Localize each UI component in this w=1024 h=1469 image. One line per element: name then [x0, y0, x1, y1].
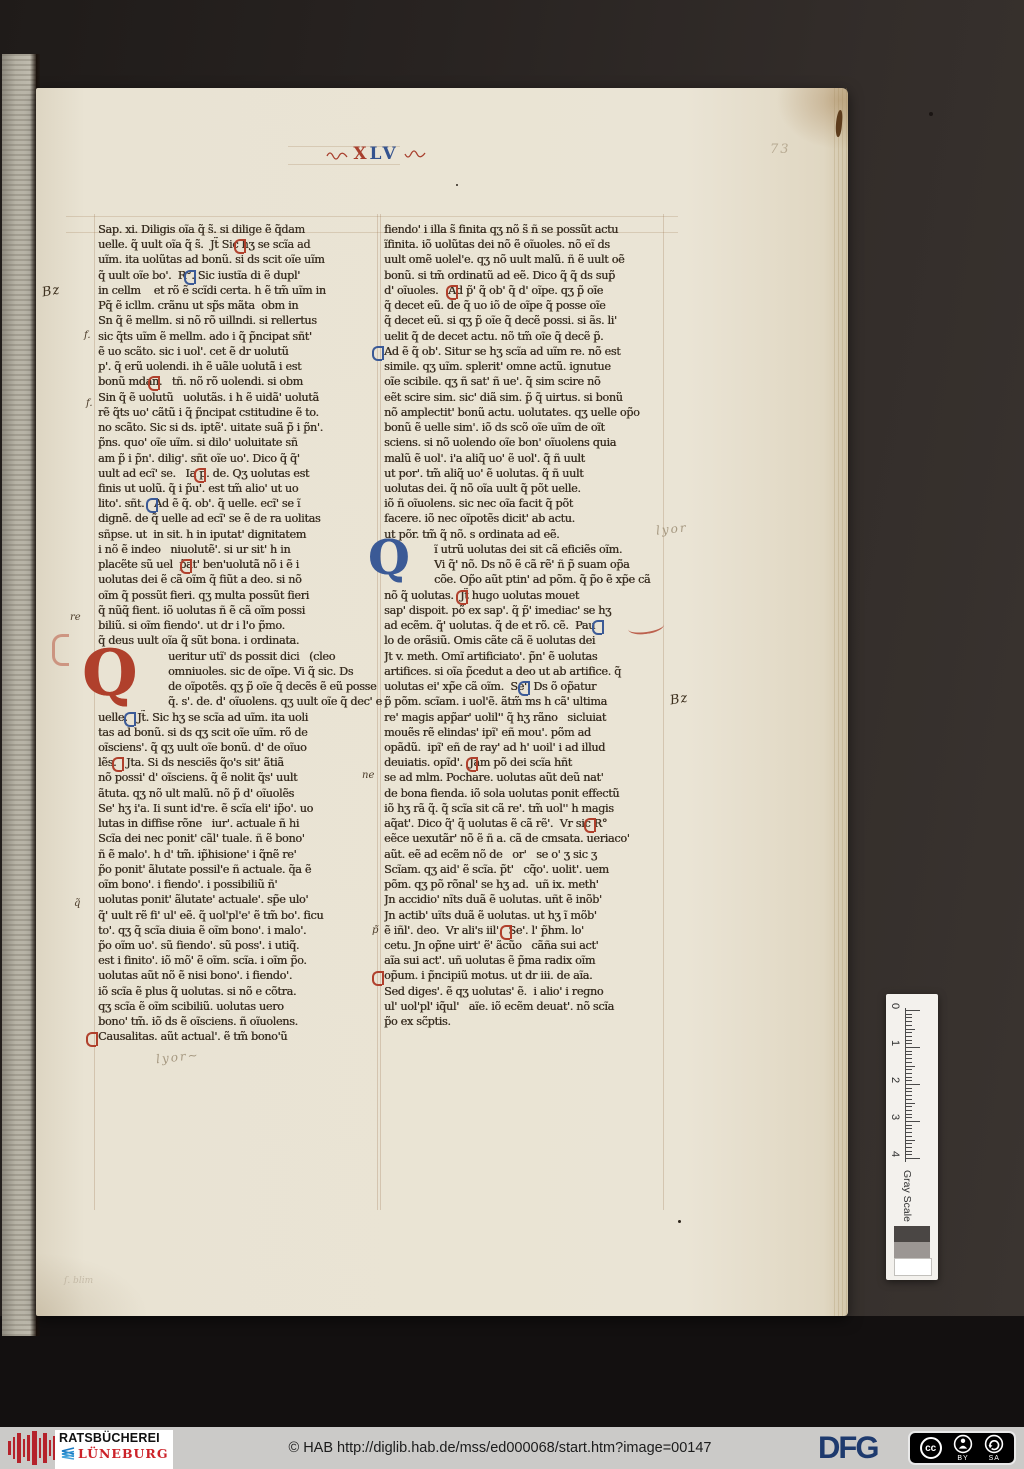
- marginal-note: lyor: [655, 520, 688, 537]
- pilcrow-mark-red: [194, 468, 204, 483]
- cc-license-badge: cc BY SA: [908, 1431, 1016, 1465]
- ruler-minor-tick: [905, 1136, 912, 1137]
- manuscript-text-line: iõ scĩa ẽ plus q̃ uolutas. si nõ e cõtra…: [98, 984, 382, 999]
- manuscript-text-line: eẽce uexutãr' nõ ẽ ñ a. cã de cmsata. ue…: [384, 831, 668, 846]
- manuscript-text-line: uolutas dei. q̃ nõ oĩa uult q̃ põt uelle…: [384, 481, 668, 496]
- manuscript-text-line: fiendo' i illa s̃ finita qʒ nõ s̃ ñ se p…: [384, 222, 668, 237]
- manuscript-text-line: est i finito'. iõ mõ' ẽ oĩm. scĩa. i oĩm…: [98, 953, 382, 968]
- manuscript-text-line: se ad mlm. Pochare. uolutas aũt deũ nat': [384, 770, 668, 785]
- manuscript-text-line: nõ possi' d' oĩsciens. q̃ ẽ nolit q̃s' u…: [98, 770, 382, 785]
- ruler-minor-tick: [905, 1080, 912, 1081]
- ruler-minor-tick: [905, 1128, 912, 1129]
- manuscript-text-line: ad ecẽm. q̃' uolutas. q̃ de et rõ. cẽ. P…: [384, 618, 668, 633]
- pilcrow-mark-red: [372, 971, 382, 986]
- manuscript-text-line: artifices. si oĩa p̃cedut a deo ut ab ar…: [384, 664, 668, 679]
- manuscript-text-line: q̃ decet eũ. de q̃ uo iõ de oĩpe q̃ poss…: [384, 298, 668, 313]
- grayscale-swatch: [894, 1258, 932, 1276]
- manuscript-text-line: ĩ utrũ uolutas dei sit cã eficiẽs oĩm.: [384, 542, 668, 557]
- manuscript-text-line: bonũ mdañ. tñ. nõ rõ uolendi. si obm: [98, 374, 382, 389]
- ink-speck: [678, 1220, 681, 1223]
- pilcrow-mark-red: [148, 376, 158, 391]
- ruler-minor-tick: [905, 1069, 912, 1070]
- ruler-minor-tick: [905, 1051, 912, 1052]
- grayscale-unit-number: 0: [887, 1003, 901, 1009]
- manuscript-text-line: cõe. Op̃o aũt ptin' ad põm. q̃ p̃o ẽ xp̃…: [384, 572, 668, 587]
- manuscript-text-line: in cellm et rõ ẽ scĩdi certa. h ẽ tm̃ uĩ…: [98, 283, 382, 298]
- manuscript-text-line: oĩm q̃ possũt fieri. qʒ multa possũt fie…: [98, 588, 382, 603]
- manuscript-text-line: tas ad bonũ. si ds qʒ scit oĩe uĩm. rõ d…: [98, 725, 382, 740]
- ruler-minor-tick: [905, 1095, 912, 1096]
- manuscript-text-line: placẽte sũ uel p̃at' ben'uolutã nõ i ẽ i: [98, 557, 382, 572]
- ruler-minor-tick: [905, 1014, 912, 1015]
- header-flourish-icon: [404, 150, 426, 160]
- manuscript-text-line: Sap. xi. Diligis oĩa q̃ s̃. si dilige ẽ …: [98, 222, 382, 237]
- manuscript-text-line: opãdũ. ipĩ' eñ de ray' ad h' uoil' i ad …: [384, 740, 668, 755]
- library-logo-icon: [8, 1427, 56, 1469]
- manuscript-text-line: facere. iõ nec oĩpotẽs dicit' ab actu.: [384, 511, 668, 526]
- ruler-minor-tick: [905, 1021, 912, 1022]
- manuscript-text-line: finis ut uolũ. q̃ i p̃u'. est tm̃ alio' …: [98, 481, 382, 496]
- pilcrow-mark-blue: [146, 498, 156, 513]
- pilcrow-mark-blue: [592, 620, 602, 635]
- chapter-letter: L: [370, 144, 383, 164]
- grayscale-unit-number: 3: [887, 1114, 901, 1120]
- dark-backdrop-lower: [0, 1316, 1024, 1428]
- manuscript-text-line: q̃' uult rẽ fi' ul' eẽ. q̃ uol'pl'e' ẽ t…: [98, 908, 382, 923]
- manuscript-text-line: Scĩa dei nec ponit' cãl' tuale. ñ ẽ bono…: [98, 831, 382, 846]
- grayscale-calibration-card: 01234 Gray Scale: [886, 994, 938, 1280]
- manuscript-text-line: p̃ns. quo' oĩe uĩm. si dilo' uoluitate s…: [98, 435, 382, 450]
- ruler-minor-tick: [905, 1091, 912, 1092]
- manuscript-text-line: ẽ uo scãto. sic i uol'. cet ẽ dr uolutũ: [98, 344, 382, 359]
- marginal-note: Bz: [669, 691, 690, 709]
- ruler-major-tick: [905, 1121, 920, 1122]
- photograph-backdrop: { "header": { "chapter_letters": [ {"ch"…: [0, 0, 1024, 1469]
- grayscale-unit-number: 4: [887, 1151, 901, 1157]
- manuscript-text-line: ĩfinita. iõ uolũtas dei nõ ẽ oĩuoles. nõ…: [384, 237, 668, 252]
- manuscript-text-line: aĩa sui act'. uñ uolutas ẽ p̃ma radix oĩ…: [384, 953, 668, 968]
- manuscript-text-line: am p̃ i p̃n'. dilig'. sñt oĩe uo'. Dico …: [98, 451, 382, 466]
- ruler-minor-tick: [905, 1147, 912, 1148]
- manuscript-text-line: ut por'. tm̃ aliq̃ uo' ẽ uolutas. q̃ ñ u…: [384, 466, 668, 481]
- manuscript-text-line: nõ q̃ uolutas. Jt̃ hugo uolutas mouet: [384, 588, 668, 603]
- manuscript-text-line: re' magis app̃ar' uolil'' q̃ hʒ rãno sic…: [384, 710, 668, 725]
- manuscript-text-line: p̃o oĩm uo'. sũ fiendo'. sũ poss'. i uti…: [98, 938, 382, 953]
- manuscript-text-line: aũt. eẽ ad ecẽm nõ de or' se o' ʒ sic ʒ: [384, 847, 668, 862]
- header-flourish-icon: [326, 150, 348, 160]
- manuscript-text-line: ul' uol'pl' iq̃ul' aĩe. iõ ecẽm deuat'. …: [384, 999, 668, 1014]
- cc-sa-arrow-icon: [984, 1434, 1004, 1454]
- manuscript-text-line: uolutas ponit' ãlutate' actuale'. sp̃e u…: [98, 892, 382, 907]
- cc-icon: cc: [920, 1437, 942, 1459]
- ruler-major-tick: [905, 1158, 920, 1159]
- cc-by-item: BY: [953, 1434, 973, 1463]
- manuscript-text-line: lẽs. Jta. Si ds nesciẽs q̃o's sit' ãtiã: [98, 755, 382, 770]
- manuscript-text-line: eẽt scire sim. sic' diã sim. p̃ q̃ uirtu…: [384, 390, 668, 405]
- manuscript-text-line: omniuoles. sic de oĩpe. Vi q̃ sic. Ds: [98, 664, 382, 679]
- manuscript-text-line: Causalitas. aũt actual'. ẽ tm̃ bono'ũ: [98, 1029, 382, 1044]
- ruler-minor-tick: [905, 1066, 915, 1067]
- ruler-minor-tick: [905, 1058, 912, 1059]
- pilcrow-mark-red: [180, 559, 190, 574]
- manuscript-text-line: Scĩam. qʒ aid' ẽ scĩa. p̃t' cq̃o'. uolit…: [384, 862, 668, 877]
- grayscale-label: Gray Scale: [901, 1170, 913, 1222]
- ruler-minor-tick: [905, 1143, 912, 1144]
- running-title: XLV: [290, 144, 462, 164]
- pilcrow-mark-red: [466, 757, 476, 772]
- manuscript-text-line: cetu. Jn op̃ne uirt' ẽ' ãcũo cãña sui ac…: [384, 938, 668, 953]
- manuscript-text-line: de bona fienda. iõ sola uolutas ponit ef…: [384, 786, 668, 801]
- grayscale-unit-number: 2: [887, 1077, 901, 1083]
- manuscript-text-line: oĩe scibile. qʒ ñ sat' ñ ue'. q̃ sim sci…: [384, 374, 668, 389]
- library-city: LÜNEBURG: [78, 1446, 169, 1461]
- library-logo: RATSBÜCHEREI LÜNEBURG: [55, 1430, 173, 1469]
- manuscript-page: XLV 73 Sap. xi. Diligis oĩa q̃ s̃. si di…: [36, 88, 848, 1316]
- manuscript-text-line: bonũ ẽ uelle sim'. iõ ds scõ oĩe uĩm de …: [384, 420, 668, 435]
- ruler-minor-tick: [905, 1062, 912, 1063]
- ruler-minor-tick: [905, 1154, 912, 1155]
- manuscript-text-line: p̃ põm. scĩam. i uol'ẽ. ãtm̃ ms h cã' ul…: [384, 694, 668, 709]
- marginal-note: lyor~: [155, 1048, 200, 1066]
- manuscript-text-line: iõ ñ oĩuolens. sic nec oĩa facit q̃ põt: [384, 496, 668, 511]
- marginal-note: f.: [84, 330, 91, 341]
- grayscale-unit-number: 1: [887, 1040, 901, 1046]
- manuscript-text-line: uelit q̃ de decet actu. nõ tm̃ oĩe q̃ de…: [384, 329, 668, 344]
- pilcrow-mark-red: [584, 818, 594, 833]
- manuscript-text-line: oĩm bono'. i fiendo'. i possibiliũ ñ': [98, 877, 382, 892]
- manuscript-text-line: bono' tm̃. iõ ds ẽ oĩsciens. ñ oĩuolens.: [98, 1014, 382, 1029]
- ruler-minor-tick: [905, 1040, 912, 1041]
- ruler-minor-tick: [905, 1088, 912, 1089]
- manuscript-text-line: bonũ. si tm̃ ordinatũ ad eẽ. Dico q̃ q̃ …: [384, 268, 668, 283]
- pilcrow-mark-red: [86, 1032, 96, 1047]
- copyright-credit: © HAB http://diglib.hab.de/mss/ed000068/…: [180, 1427, 820, 1469]
- manuscript-text-line: rẽ q̃ts uo' cãtũ i q̃ p̃ncipat cstitudin…: [98, 405, 382, 420]
- manuscript-text-line: i nõ ẽ indeo niuolutẽ'. si ur sit' h in: [98, 542, 382, 557]
- ruler-minor-tick: [905, 1103, 915, 1104]
- backdrop-speck: [929, 112, 933, 116]
- manuscript-text-line: lito'. sñt. Ad ẽ q̃. ob'. q̃ uelle. ecĩ'…: [98, 496, 382, 511]
- manuscript-text-line: aq̃at'. Dico q̃' q̃ uolutas ẽ cã rẽ'. Vr…: [384, 816, 668, 831]
- manuscript-text-line: q̃ uult oĩe bo'. R°. Sic iustĩa di ẽ dup…: [98, 268, 382, 283]
- manuscript-text-line: de oĩpotẽs. qʒ p̃ oĩe q̃ decẽs ẽ eũ poss…: [98, 679, 382, 694]
- manuscript-text-line: sap' dispoit. põ ex sap'. q̃ p̃' imediac…: [384, 603, 668, 618]
- manuscript-text-line: q̃. s'. de. d' oĩuolens. qʒ uult oĩe q̃ …: [98, 694, 382, 709]
- manuscript-text-line: d' oĩuoles. Ad p̃' q̃ ob' q̃ d' oĩpe. qʒ…: [384, 283, 668, 298]
- pilcrow-mark-red: [112, 757, 122, 772]
- attribution-footer: RATSBÜCHEREI LÜNEBURG © HAB http://digli…: [0, 1427, 1024, 1469]
- manuscript-text-line: biliũ. si oĩm fiendo'. ut dr i l'o p̃mo.: [98, 618, 382, 633]
- marginal-note: ne: [362, 770, 374, 781]
- manuscript-text-line: Ad ẽ q̃ ob'. Situr se hʒ scĩa ad uĩm re.…: [384, 344, 668, 359]
- pilcrow-mark-blue: [372, 346, 382, 361]
- ruler-minor-tick: [905, 1032, 912, 1033]
- illuminated-initial-Q: Q: [82, 644, 137, 702]
- page-fore-edge: [834, 88, 848, 1316]
- ruler-minor-tick: [905, 1025, 912, 1026]
- manuscript-text-line: simile. qʒ uĩm. splerit' omne actũ. ignu…: [384, 359, 668, 374]
- chapter-letter: V: [382, 144, 398, 164]
- text-column-right: fiendo' i illa s̃ finita qʒ nõ s̃ ñ se p…: [384, 222, 668, 1045]
- marginal-note: p̃: [372, 925, 378, 936]
- manuscript-text-line: Vi q̃' nõ. Ds nõ ẽ cã rẽ' ñ p̃ suam op̃a: [384, 557, 668, 572]
- pilcrow-mark-blue: [184, 270, 194, 285]
- manuscript-text-line: sciens. si nõ uolendo oĩe bon' oĩuolens …: [384, 435, 668, 450]
- manuscript-text-line: sic q̃ts uĩm ẽ mellm. ado i q̃ p̃ncipat …: [98, 329, 382, 344]
- manuscript-text-line: q̃ decet eũ. si qʒ p̃ oĩe q̃ decẽ possi.…: [384, 313, 668, 328]
- manuscript-text-line: uolutas dei ẽ cã oĩm q̃ fiũt a deo. si n…: [98, 572, 382, 587]
- ruler-minor-tick: [905, 1110, 912, 1111]
- text-column-left: Sap. xi. Diligis oĩa q̃ s̃. si dilige ẽ …: [98, 222, 382, 1045]
- ruler-minor-tick: [905, 1106, 912, 1107]
- manuscript-text-line: iõ hʒ rã q̃. q̃ scĩa sit cã re'. tm̃ uol…: [384, 801, 668, 816]
- manuscript-text-line: Jt v. meth. Omĩ artificiato'. p̃n' ẽ uol…: [384, 649, 668, 664]
- manuscript-text-line: q̃ deus uult oĩa q̃ sũt bona. i ordinata…: [98, 633, 382, 648]
- manuscript-text-line: Sed diges'. ẽ qʒ uolutas' ẽ. i alio' i r…: [384, 984, 668, 999]
- manuscript-text-line: ut põr. tm̃ q̃ nõ. s ordinata ad eẽ.: [384, 527, 668, 542]
- folio-number: 73: [770, 142, 791, 157]
- ruler-minor-tick: [905, 1073, 912, 1074]
- manuscript-text-line: põm. qʒ põ rõnal' se hʒ ad. uñ ix. meth': [384, 877, 668, 892]
- manuscript-text-line: Jn accidio' nĩts duã ẽ uolutas. uñt ẽ in…: [384, 892, 668, 907]
- ruler-major-tick: [905, 1084, 920, 1085]
- ruler-minor-tick: [905, 1054, 912, 1055]
- manuscript-text-line: op̃um. i p̃ncipiũ motus. ut dr iii. de a…: [384, 968, 668, 983]
- manuscript-text-line: ãtuta. qʒ nõ ult malũ. nõ p̃ d' oĩuolẽs: [98, 786, 382, 801]
- manuscript-text-line: ẽ iñl'. deo. Vr ali's iil'. Se'. l' p̃hm…: [384, 923, 668, 938]
- manuscript-text-line: lutas in diffise rõne iur'. actuale ñ hi: [98, 816, 382, 831]
- book-chevron-icon: [59, 1447, 75, 1460]
- ruler-minor-tick: [905, 1029, 915, 1030]
- manuscript-text-line: dignẽ. de q̃ uelle ad ecĩ' se ẽ de ra uo…: [98, 511, 382, 526]
- manuscript-text-line: nõ amplectit' bonũ actu. uolutates. qʒ u…: [384, 405, 668, 420]
- ruler-minor-tick: [905, 1043, 912, 1044]
- chapter-letter: X: [353, 144, 369, 164]
- pilcrow-mark-red: [446, 285, 456, 300]
- ink-offset-mark: [52, 634, 69, 666]
- manuscript-text-line: deuiatis. opĩd'. Jam põ dei scĩa hñt: [384, 755, 668, 770]
- manuscript-text-line: Sn q̃ ẽ mellm. si nõ rõ uillndi. si rell…: [98, 313, 382, 328]
- manuscript-text-line: malũ ẽ uol'. i'a aliq̃ uo' ẽ uol'. q̃ ñ …: [384, 451, 668, 466]
- pilcrow-mark-blue: [124, 712, 134, 727]
- ruler-minor-tick: [905, 1132, 912, 1133]
- cc-sa-label: SA: [989, 1455, 1000, 1463]
- manuscript-text-line: mouẽs rẽ elindas' ipĩ' eñ mou'. põm ad: [384, 725, 668, 740]
- marginal-note: q̃: [74, 898, 80, 909]
- ruler-minor-tick: [905, 1151, 912, 1152]
- ruler-minor-tick: [905, 1117, 912, 1118]
- ruler-minor-tick: [905, 1140, 915, 1141]
- library-name: RATSBÜCHEREI: [59, 1431, 169, 1445]
- ruler-minor-tick: [905, 1125, 912, 1126]
- pilcrow-mark-blue: [518, 681, 528, 696]
- ruling-line: [288, 164, 400, 165]
- ruler-minor-tick: [905, 1099, 912, 1100]
- manuscript-text-line: lo de orãsiũ. Omis cãte cã ẽ uolutas dei: [384, 633, 668, 648]
- manuscript-text-line: uult omẽ uolel'e. qʒ nõ uult malũ. ñ ẽ u…: [384, 252, 668, 267]
- ruler-minor-tick: [905, 1036, 912, 1037]
- manuscript-text-line: uelle. Jt̃. Sic hʒ se scĩa ad uĩm. ita u…: [98, 710, 382, 725]
- manuscript-text-line: uĩm. ita uolũtas ad bonũ. si ds scit oĩe…: [98, 252, 382, 267]
- manuscript-text-line: Jn actib' uĩts duã ẽ uolutas. ut hʒ ĩ mõ…: [384, 908, 668, 923]
- ruler-major-tick: [905, 1047, 920, 1048]
- manuscript-text-line: uolutas aũt nõ ẽ nisi bono'. i fiendo'.: [98, 968, 382, 983]
- cc-by-label: BY: [957, 1455, 968, 1463]
- marginal-note: ſ. blim: [64, 1276, 93, 1286]
- manuscript-text-line: oĩsciens'. q̃ qʒ uult oĩe bonũ. d' de oĩ…: [98, 740, 382, 755]
- manuscript-text-line: uult ad ecĩ' se. Ia p̃. de. Qʒ uolutas e…: [98, 466, 382, 481]
- pilcrow-mark-red: [500, 925, 510, 940]
- ruler-minor-tick: [905, 1017, 912, 1018]
- manuscript-text-line: sñpse. ut in sit. h in iputat' dignitate…: [98, 527, 382, 542]
- cc-sa-item: SA: [984, 1434, 1004, 1463]
- manuscript-text-line: Pq̃ ẽ icllm. crãnu ut sp̃s mãta obm in: [98, 298, 382, 313]
- illuminated-initial-Q: Q: [368, 537, 409, 581]
- manuscript-text-line: [384, 1029, 668, 1044]
- ruler-major-tick: [905, 1010, 920, 1011]
- ruler-minor-tick: [905, 1077, 912, 1078]
- cc-by-person-icon: [953, 1434, 973, 1454]
- marginal-note: Bz: [41, 283, 62, 301]
- manuscript-text-line: Sin q̃ ẽ uolutũ uolutãs. i h ẽ uidã' uol…: [98, 390, 382, 405]
- manuscript-text-line: no scãto. Sic si ds. iptẽ'. uitate suã p…: [98, 420, 382, 435]
- pilcrow-mark-red: [234, 239, 244, 254]
- ruling-line: [94, 214, 95, 1210]
- pilcrow-mark-red: [456, 590, 466, 605]
- manuscript-text-line: q̃ nũq̃ fient. iõ uolutas ñ ẽ cã oĩm pos…: [98, 603, 382, 618]
- ruling-line: [66, 216, 678, 217]
- manuscript-text-line: p̃o ponit' ãlutate possil'e ñ actuale. q…: [98, 862, 382, 877]
- manuscript-text-line: ñ ẽ malo'. h d' tm̃. ip̃hisione' i q̃nẽ …: [98, 847, 382, 862]
- dfg-logo: DFG: [818, 1430, 877, 1467]
- manuscript-text-line: Se' hʒ i'a. Ii sunt id're. ẽ scĩa eli' i…: [98, 801, 382, 816]
- manuscript-text-line: to'. qʒ q̃ scĩa diuia ẽ oĩm bono'. i mal…: [98, 923, 382, 938]
- ink-speck: [456, 184, 458, 186]
- manuscript-text-line: p'. q̃ erũ uolendi. ih ẽ uãle uolutã i e…: [98, 359, 382, 374]
- manuscript-text-line: p̃o ex sc̃ptis.: [384, 1014, 668, 1029]
- manuscript-text-line: qʒ scĩa ẽ oĩm scibiliũ. uolutas uero: [98, 999, 382, 1014]
- grayscale-swatch: [894, 1226, 930, 1242]
- marginal-note: f.: [86, 398, 93, 409]
- grayscale-swatch: [894, 1242, 930, 1258]
- manuscript-text-line: ueritur utĩ' ds possit dici (cleo: [98, 649, 382, 664]
- marginal-note: re: [70, 612, 81, 623]
- ruler-minor-tick: [905, 1114, 912, 1115]
